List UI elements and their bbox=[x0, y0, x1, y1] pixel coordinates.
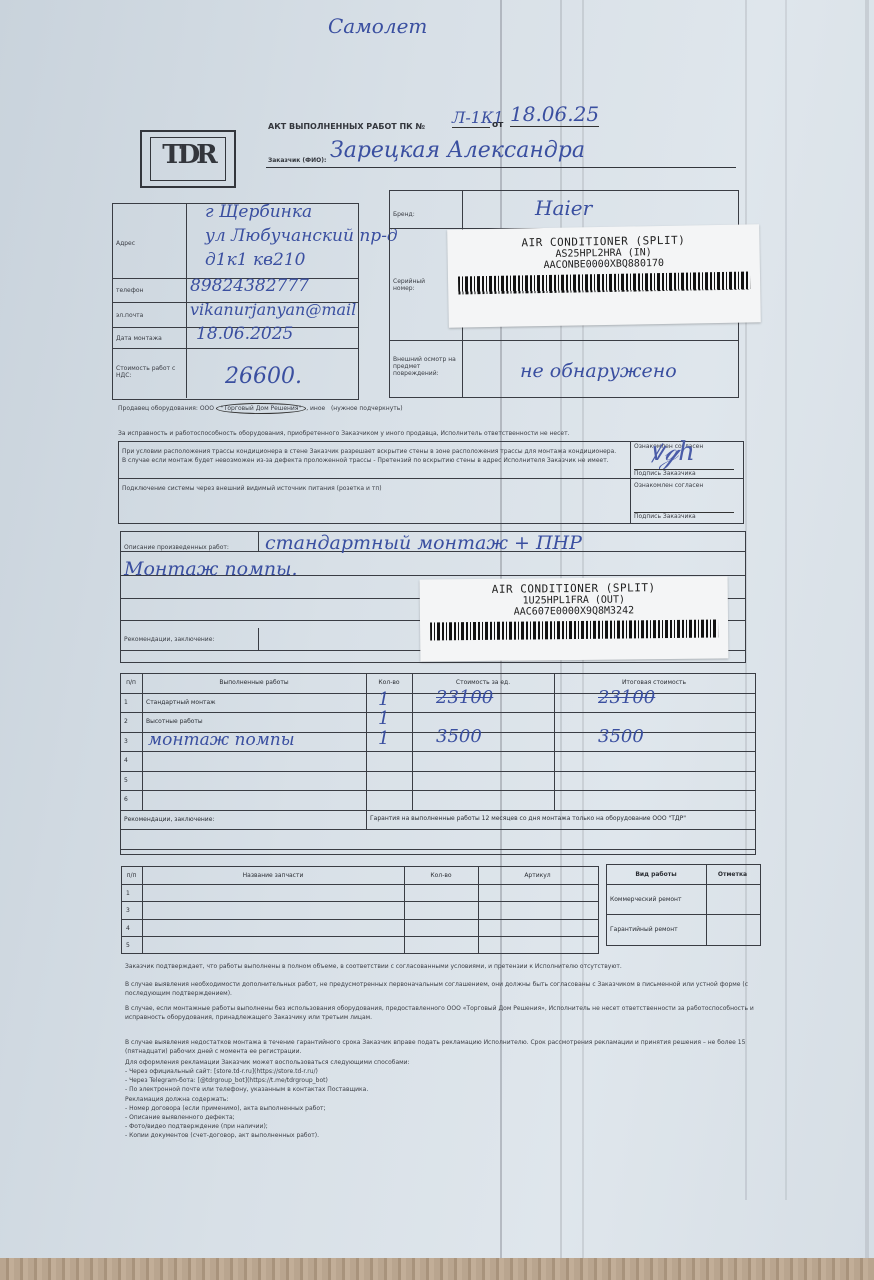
consent-text-1: При условии расположения трассы кондицио… bbox=[122, 447, 622, 465]
column-header: Выполненные работы bbox=[142, 679, 366, 686]
divider bbox=[120, 829, 756, 830]
divider bbox=[606, 884, 761, 885]
quantity: 1 bbox=[378, 728, 389, 749]
row-number: 5 bbox=[126, 942, 130, 949]
divider bbox=[142, 866, 143, 954]
divider bbox=[121, 884, 599, 885]
divider bbox=[366, 810, 367, 830]
footer-bullets-2: - Номер договора (если применимо), акта … bbox=[125, 1104, 760, 1140]
description-line2: Монтаж помпы. bbox=[124, 558, 298, 580]
divider bbox=[120, 751, 756, 752]
act-date-label: от bbox=[492, 120, 503, 130]
unit-price: 3500 bbox=[436, 726, 482, 747]
warranty-note: Гарантия на выполненные работы 12 месяце… bbox=[370, 815, 686, 822]
column-header: Вид работы bbox=[606, 871, 706, 878]
work-name: Высотные работы bbox=[146, 718, 203, 725]
customer-underline bbox=[266, 167, 736, 168]
column-header: Стоимость за ед. bbox=[412, 679, 554, 686]
customer-label: Заказчик (ФИО): bbox=[268, 157, 326, 164]
serial-label: Серийный номер: bbox=[393, 278, 443, 292]
quantity: 1 bbox=[378, 708, 389, 729]
divider bbox=[120, 771, 756, 772]
works-recommend-label: Рекомендации, заключение: bbox=[124, 816, 214, 823]
inspection-value: не обнаружено bbox=[520, 360, 677, 382]
footer-p6: Рекламация должна содержать: bbox=[125, 1095, 760, 1104]
column-header: Артикул bbox=[478, 872, 597, 879]
liability-note: За исправность и работоспособность обору… bbox=[118, 430, 570, 437]
divider bbox=[121, 901, 599, 902]
top-note: Самолет bbox=[328, 14, 427, 38]
column-header: Кол-во bbox=[404, 872, 478, 879]
install-date-label: Дата монтажа bbox=[116, 335, 162, 342]
scan-streak bbox=[785, 0, 787, 1200]
customer-signature: ꝟℊℎ bbox=[650, 432, 695, 468]
address-value: г Щербинка ул Любучанский пр-д д1к1 кв21… bbox=[205, 200, 398, 272]
total-price: 3500 bbox=[598, 726, 644, 747]
footer-p4: В случае выявления недостатков монтажа в… bbox=[125, 1038, 760, 1056]
divider bbox=[404, 866, 405, 954]
address-label: Адрес bbox=[116, 240, 135, 247]
divider bbox=[120, 849, 756, 850]
work-name: Стандартный монтаж bbox=[146, 699, 216, 706]
table-surface bbox=[0, 1258, 874, 1280]
divider bbox=[606, 914, 761, 915]
row-number: 5 bbox=[124, 777, 128, 784]
phone-label: телефон bbox=[116, 287, 143, 294]
quantity: 1 bbox=[378, 689, 389, 710]
divider bbox=[121, 936, 599, 937]
cost-label: Стоимость работ с НДС: bbox=[116, 365, 182, 379]
act-title: АКТ ВЫПОЛНЕННЫХ РАБОТ ПК № bbox=[268, 122, 425, 131]
row-number: 4 bbox=[124, 757, 128, 764]
row-number: 2 bbox=[124, 718, 128, 725]
description-label: Описание произведенных работ: bbox=[124, 544, 229, 551]
consent-sign-2: Подпись Заказчика bbox=[634, 512, 734, 520]
divider bbox=[121, 919, 599, 920]
cost-value: 26600. bbox=[225, 364, 302, 389]
inspection-label: Внешний осмотр на предмет повреждений: bbox=[393, 356, 459, 377]
footer-p5: Для оформления рекламации Заказчик может… bbox=[125, 1058, 760, 1067]
indoor-unit-sticker: AIR CONDITIONER (SPLIT) AS25HPL2HRA (IN)… bbox=[447, 224, 761, 327]
consent-text-2: Подключение системы через внешний видимы… bbox=[122, 485, 622, 492]
act-date: 18.06.25 bbox=[510, 102, 599, 127]
act-number: Л-1К1 bbox=[452, 108, 490, 128]
divider bbox=[478, 866, 479, 954]
divider bbox=[120, 790, 756, 791]
barcode-icon bbox=[430, 619, 718, 640]
column-header: Отметка bbox=[706, 871, 759, 878]
column-header: п/п bbox=[120, 679, 142, 686]
footer-bullets-1: - Через официальный сайт: [store.td-r.ru… bbox=[125, 1067, 760, 1094]
parts-table bbox=[121, 866, 599, 954]
divider bbox=[258, 628, 259, 650]
divider bbox=[389, 340, 739, 341]
divider bbox=[258, 531, 259, 551]
column-header: Кол-во bbox=[366, 679, 412, 686]
consent-agree-2: Ознакомлен согласен bbox=[634, 482, 703, 489]
brand-value: Haier bbox=[535, 196, 592, 220]
divider bbox=[186, 203, 187, 398]
divider bbox=[120, 712, 756, 713]
column-header: п/п bbox=[121, 872, 142, 879]
customer-name: Зарецкая Александра bbox=[330, 138, 585, 163]
row-number: 3 bbox=[124, 738, 128, 745]
column-header: Итоговая стоимость bbox=[554, 679, 754, 686]
description-line1: стандартный монтаж + ПНР bbox=[265, 532, 582, 554]
total-price: 23100 bbox=[598, 687, 655, 708]
divider bbox=[112, 348, 359, 349]
row-number: 3 bbox=[126, 907, 130, 914]
email-label: эл.почта bbox=[116, 312, 143, 319]
outdoor-unit-sticker: AIR CONDITIONER (SPLIT) 1U25HPL1FRA (OUT… bbox=[420, 576, 729, 661]
scan-streak bbox=[865, 0, 869, 1260]
seller-line: Продавец оборудования: ООО "Торговый Дом… bbox=[118, 405, 403, 412]
recommend-label: Рекомендации, заключение: bbox=[124, 636, 214, 643]
row-number: 6 bbox=[124, 796, 128, 803]
barcode-icon bbox=[458, 271, 750, 294]
divider bbox=[630, 441, 631, 524]
unit-price: 23100 bbox=[436, 687, 493, 708]
work-type-commercial[interactable]: Коммерческий ремонт bbox=[610, 896, 681, 903]
company-logo: TDR bbox=[140, 130, 236, 188]
install-date-value: 18.06.2025 bbox=[196, 324, 293, 344]
divider bbox=[120, 810, 756, 811]
consent-sign-1: Подпись Заказчика bbox=[634, 469, 734, 477]
footer-p3: В случае, если монтажные работы выполнен… bbox=[125, 1004, 760, 1022]
footer-p2: В случае выявления необходимости дополни… bbox=[125, 980, 760, 998]
column-header: Название запчасти bbox=[142, 872, 404, 879]
email-value: vikanurjanyan@mail bbox=[190, 300, 356, 319]
work-type-warranty[interactable]: Гарантийный ремонт bbox=[610, 926, 678, 933]
seller-circled: "Торговый Дом Решения" bbox=[216, 403, 306, 414]
row-number: 1 bbox=[124, 699, 128, 706]
row-number: 4 bbox=[126, 925, 130, 932]
phone-value: 89824382777 bbox=[190, 276, 309, 296]
row-number: 1 bbox=[126, 890, 130, 897]
work-name: монтаж помпы bbox=[148, 730, 295, 750]
footer-p1: Заказчик подтверждает, что работы выполн… bbox=[125, 962, 760, 971]
divider bbox=[118, 478, 744, 479]
brand-label: Бренд: bbox=[393, 211, 415, 218]
